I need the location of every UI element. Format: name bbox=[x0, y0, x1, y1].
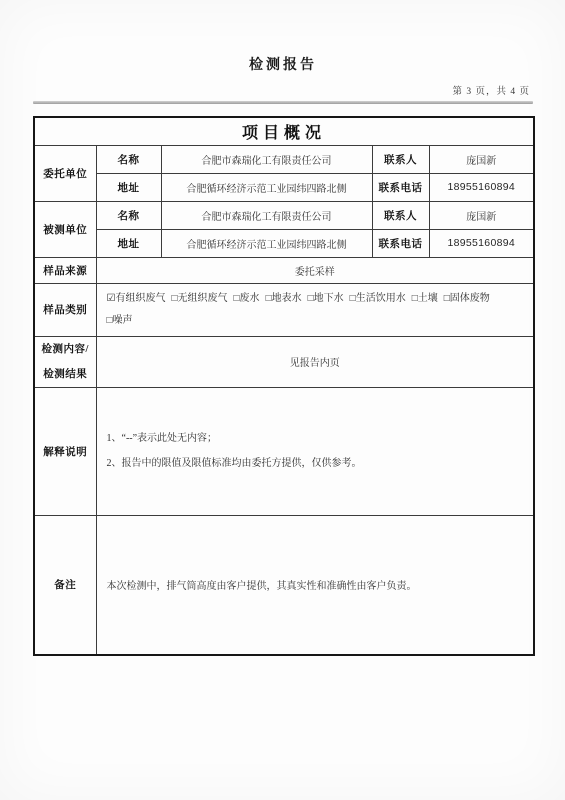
content-result-row: 检测内容/ 检测结果 见报告内页 bbox=[34, 336, 534, 387]
client-contact-value: 庞国新 bbox=[429, 145, 534, 173]
remark-label: 备注 bbox=[34, 515, 96, 655]
tested-name-row: 被测单位 名称 合肥市森瑞化工有限责任公司 联系人 庞国新 bbox=[34, 201, 534, 229]
checkbox-checked-icon: ☑有组织废气 bbox=[107, 293, 166, 304]
page-number: 第 3 页，共 4 页 bbox=[33, 83, 533, 97]
client-address-row: 地址 合肥循环经济示范工业园纬四路北侧 联系电话 18955160894 bbox=[34, 173, 534, 201]
client-contact-label: 联系人 bbox=[372, 145, 429, 173]
tested-name-label: 名称 bbox=[96, 201, 161, 229]
client-address-label: 地址 bbox=[96, 173, 161, 201]
sample-category-label: 样品类别 bbox=[34, 283, 96, 336]
page-title: 检测报告 bbox=[33, 54, 533, 74]
checkbox-unchecked-icon: □固体废物 bbox=[444, 293, 490, 304]
explanation-note-2: 2、报告中的限值及限值标准均由委托方提供，仅供参考。 bbox=[107, 451, 524, 476]
checkbox-unchecked-icon: □生活饮用水 bbox=[350, 293, 406, 304]
header-divider bbox=[33, 101, 533, 104]
tested-phone-label: 联系电话 bbox=[372, 229, 429, 257]
content-result-value: 见报告内页 bbox=[96, 336, 534, 387]
sample-source-label: 样品来源 bbox=[34, 257, 96, 283]
content-result-label-line1: 检测内容/ bbox=[35, 337, 96, 362]
tested-address-value: 合肥循环经济示范工业园纬四路北侧 bbox=[161, 229, 372, 257]
client-name-row: 委托单位 名称 合肥市森瑞化工有限责任公司 联系人 庞国新 bbox=[34, 145, 534, 173]
sample-source-row: 样品来源 委托采样 bbox=[34, 257, 534, 283]
explanation-note-1: 1、“--”表示此处无内容； bbox=[107, 426, 524, 451]
content-result-label-line2: 检测结果 bbox=[35, 362, 96, 387]
sample-source-value: 委托采样 bbox=[96, 257, 534, 283]
sample-category-options: ☑有组织废气□无组织废气□废水□地表水□地下水□生活饮用水□土壤□固体废物□噪声 bbox=[107, 289, 524, 331]
table-title-row: 项目概况 bbox=[34, 117, 534, 145]
explanation-label: 解释说明 bbox=[34, 387, 96, 515]
checkbox-unchecked-icon: □噪声 bbox=[107, 311, 518, 331]
content-result-label: 检测内容/ 检测结果 bbox=[34, 336, 96, 387]
tested-phone-value: 18955160894 bbox=[429, 229, 534, 257]
client-phone-label: 联系电话 bbox=[372, 173, 429, 201]
client-phone-value: 18955160894 bbox=[429, 173, 534, 201]
checkbox-unchecked-icon: □土壤 bbox=[412, 293, 438, 304]
table-title: 项目概况 bbox=[34, 117, 534, 145]
tested-name-value: 合肥市森瑞化工有限责任公司 bbox=[161, 201, 372, 229]
tested-section-label: 被测单位 bbox=[34, 201, 96, 257]
client-address-value: 合肥循环经济示范工业园纬四路北侧 bbox=[161, 173, 372, 201]
checkbox-unchecked-icon: □地下水 bbox=[308, 293, 344, 304]
explanation-row: 解释说明 1、“--”表示此处无内容； 2、报告中的限值及限值标准均由委托方提供… bbox=[34, 387, 534, 515]
tested-address-row: 地址 合肥循环经济示范工业园纬四路北侧 联系电话 18955160894 bbox=[34, 229, 534, 257]
report-page: 检测报告 第 3 页，共 4 页 项目概况 委托单位 名称 合肥市森瑞化工有限责… bbox=[0, 0, 565, 800]
sample-category-row: 样品类别 ☑有组织废气□无组织废气□废水□地表水□地下水□生活饮用水□土壤□固体… bbox=[34, 283, 534, 336]
tested-contact-label: 联系人 bbox=[372, 201, 429, 229]
remark-value: 本次检测中，排气筒高度由客户提供，其真实性和准确性由客户负责。 bbox=[96, 515, 534, 655]
client-name-value: 合肥市森瑞化工有限责任公司 bbox=[161, 145, 372, 173]
checkbox-unchecked-icon: □地表水 bbox=[266, 293, 302, 304]
project-overview-table: 项目概况 委托单位 名称 合肥市森瑞化工有限责任公司 联系人 庞国新 地址 合肥… bbox=[33, 116, 535, 656]
remark-row: 备注 本次检测中，排气筒高度由客户提供，其真实性和准确性由客户负责。 bbox=[34, 515, 534, 655]
tested-address-label: 地址 bbox=[96, 229, 161, 257]
checkbox-unchecked-icon: □废水 bbox=[234, 293, 260, 304]
client-section-label: 委托单位 bbox=[34, 145, 96, 201]
checkbox-unchecked-icon: □无组织废气 bbox=[171, 293, 227, 304]
tested-contact-value: 庞国新 bbox=[429, 201, 534, 229]
client-name-label: 名称 bbox=[96, 145, 161, 173]
